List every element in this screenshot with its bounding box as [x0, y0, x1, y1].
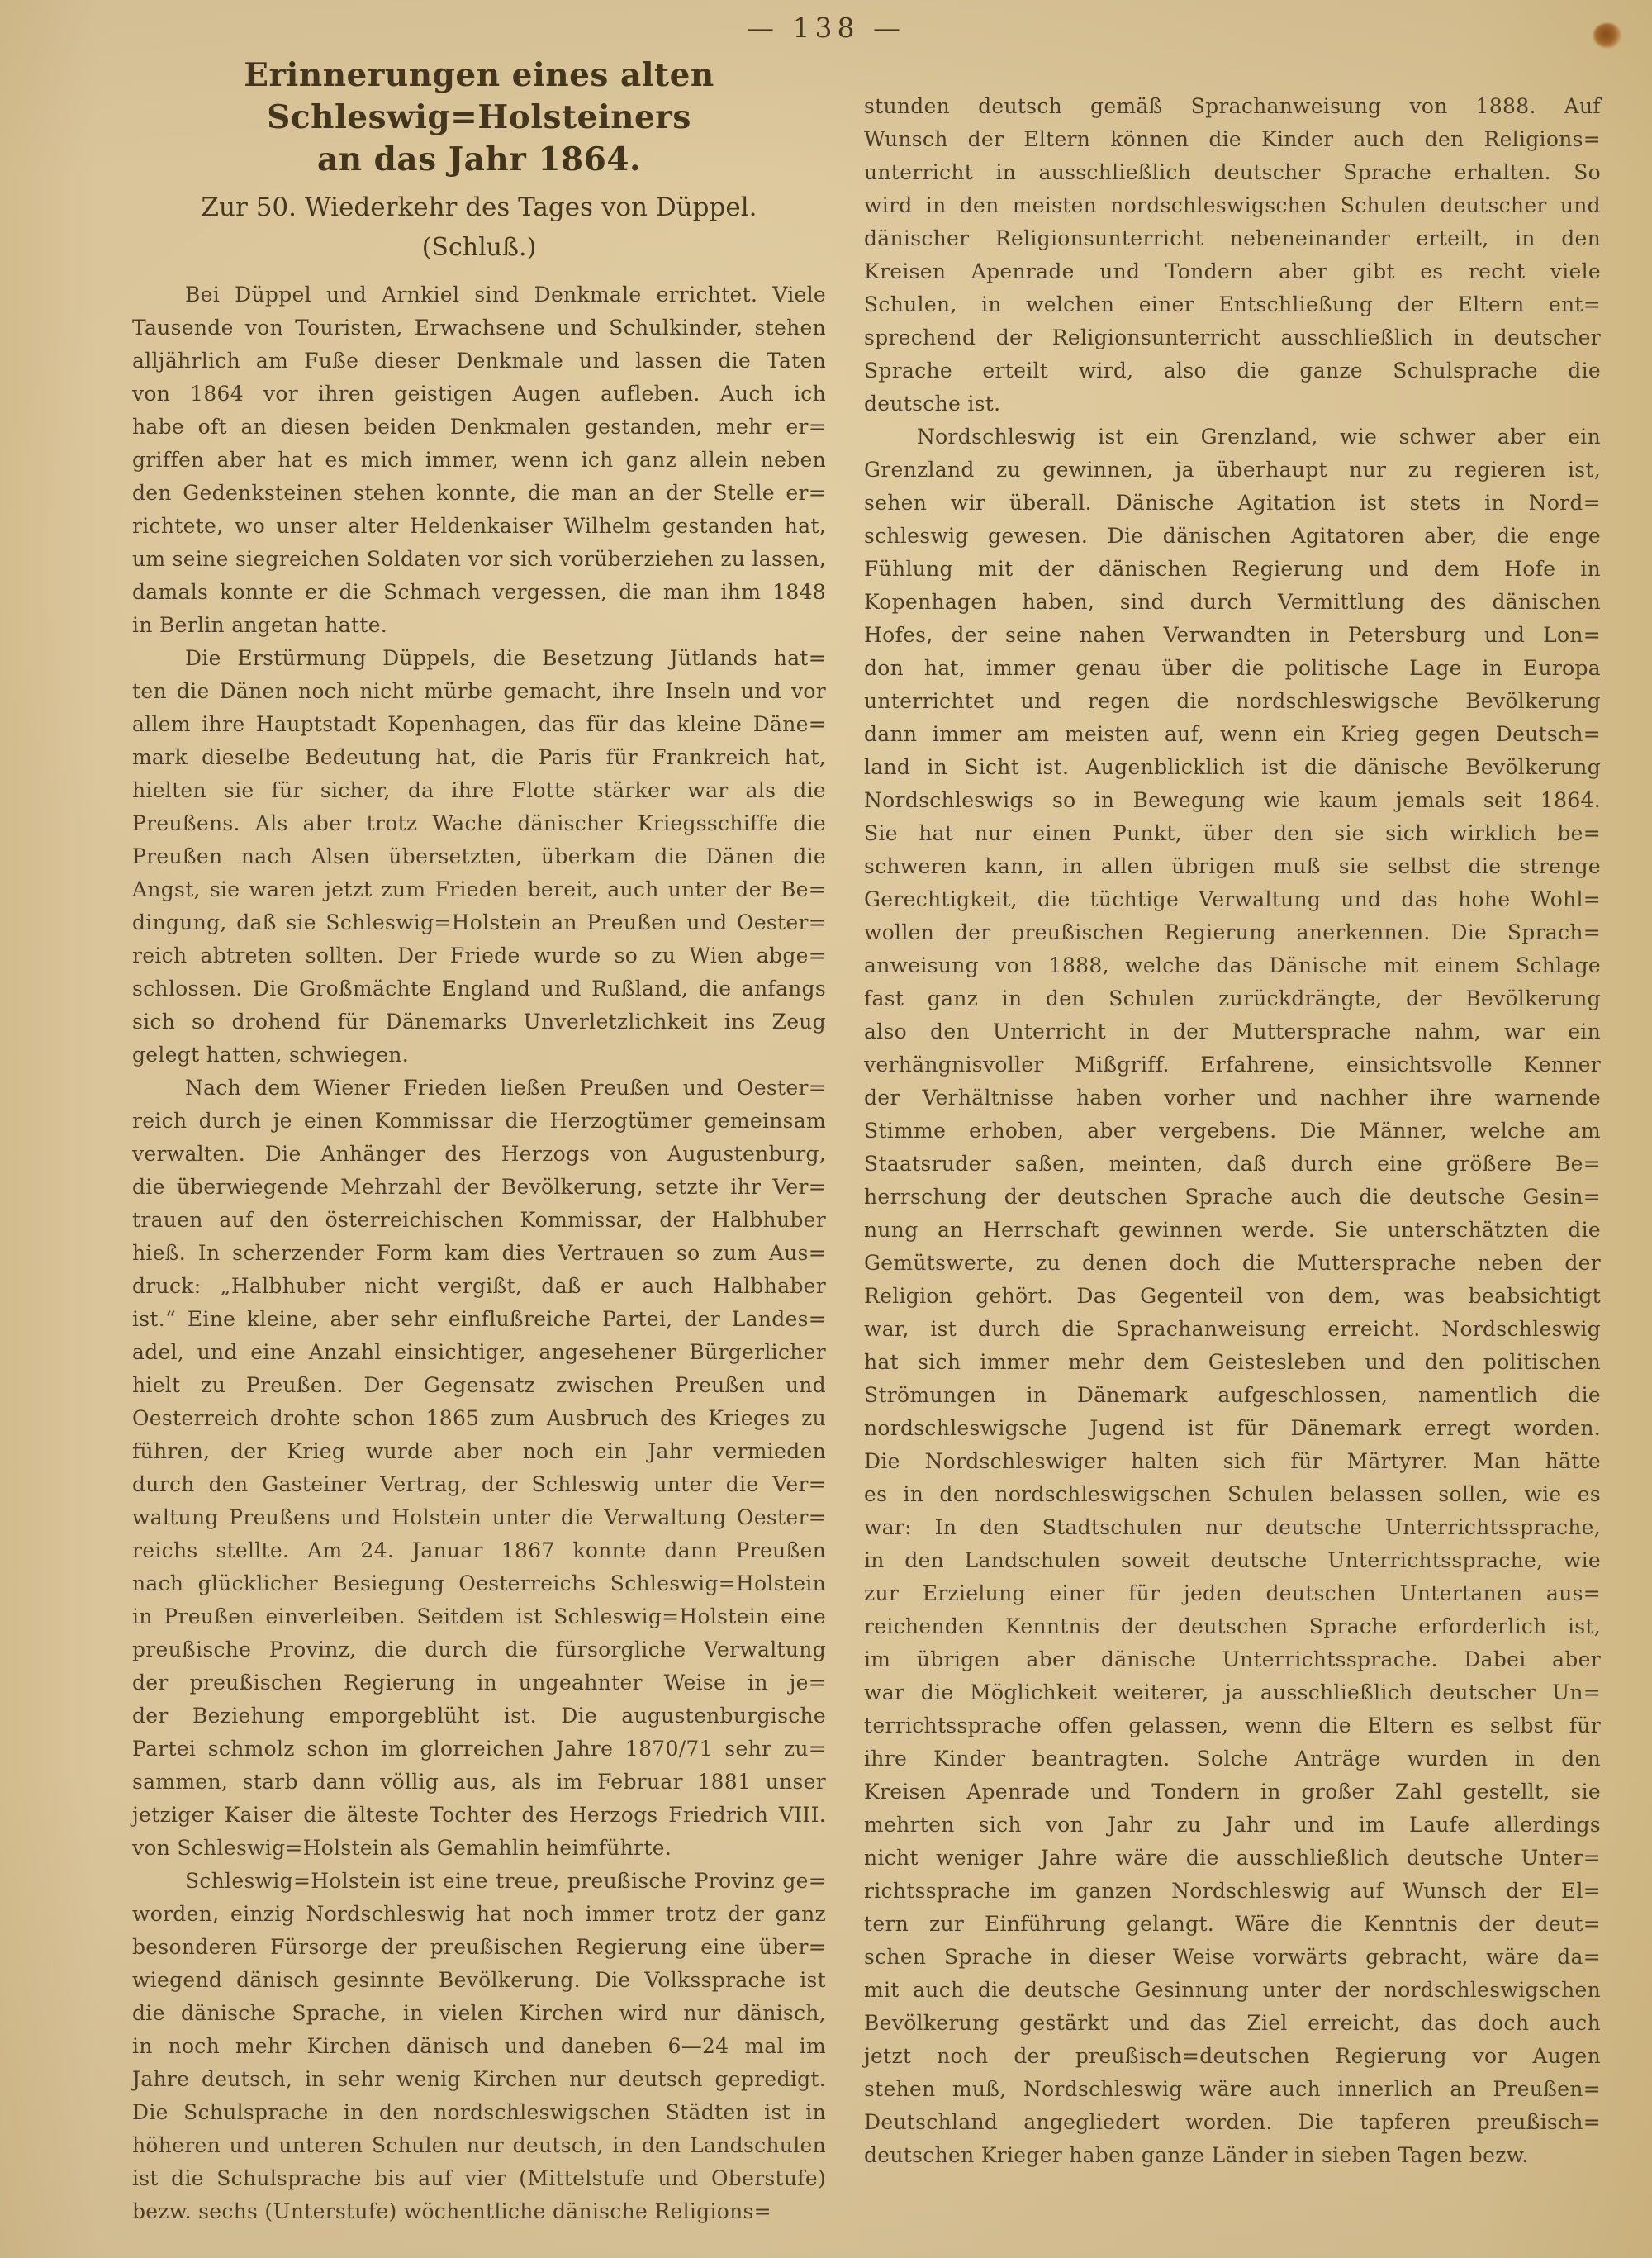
article-subtitle: Zur 50. Wiederkehr des Tages von Düppel.	[132, 190, 826, 226]
text-line: dann immer am meisten auf, wenn ein Krie…	[864, 718, 1601, 751]
text-line: reich durch je einen Kommissar die Herzo…	[132, 1105, 826, 1138]
paragraph: Bei Düppel und Arnkiel sind Denkmale err…	[132, 278, 826, 642]
text-line: mehrten sich von Jahr zu Jahr und im Lau…	[864, 1809, 1601, 1842]
text-line: griffen aber hat es mich immer, wenn ich…	[132, 444, 826, 477]
text-line: Oesterreich drohte schon 1865 zum Ausbru…	[132, 1402, 826, 1435]
text-line: zur Erzielung einer für jeden deutschen …	[864, 1577, 1601, 1610]
article-title-line-1: Erinnerungen eines alten Schleswig=Holst…	[244, 56, 714, 136]
text-line: hat sich immer mehr dem Geistesleben und…	[864, 1346, 1601, 1379]
text-line: von Schleswig=Holstein als Gemahlin heim…	[132, 1832, 826, 1865]
column-right-body: stunden deutsch gemäß Sprachanweisung vo…	[864, 90, 1601, 2172]
text-line: schweren kann, in allen übrigen muß sie …	[864, 850, 1601, 883]
page-number: — 138 —	[0, 12, 1652, 44]
text-line: reichs stellte. Am 24. Januar 1867 konnt…	[132, 1534, 826, 1567]
text-line: Angst, sie waren jetzt zum Frieden berei…	[132, 873, 826, 906]
column-left-body: Bei Düppel und Arnkiel sind Denkmale err…	[132, 278, 826, 2228]
text-line: unterricht in ausschließlich deutscher S…	[864, 156, 1601, 189]
text-line: mark dieselbe Bedeutung hat, die Paris f…	[132, 741, 826, 774]
article-part-note: (Schluß.)	[132, 231, 826, 264]
text-line: druck: „Halbhuber nicht vergißt, daß er …	[132, 1270, 826, 1303]
text-line: terrichtssprache offen gelassen, wenn di…	[864, 1709, 1601, 1742]
text-line: reich abtreten sollten. Der Friede wurde…	[132, 939, 826, 972]
text-line: deutsche ist.	[864, 387, 1601, 421]
text-line: der Beziehung emporgeblüht ist. Die augu…	[132, 1699, 826, 1733]
text-line: dänischer Religionsunterricht nebeneinan…	[864, 222, 1601, 255]
text-line: stehen muß, Nordschleswig wäre auch inne…	[864, 2073, 1601, 2106]
text-line: Bevölkerung gestärkt und das Ziel erreic…	[864, 2007, 1601, 2040]
text-line: tern zur Einführung gelangt. Wäre die Ke…	[864, 1908, 1601, 1941]
text-line: Wunsch der Eltern können die Kinder auch…	[864, 123, 1601, 156]
text-line: adel, und eine Anzahl einsichtiger, ange…	[132, 1336, 826, 1369]
text-line: richtssprache im ganzen Nordschleswig au…	[864, 1875, 1601, 1908]
text-line: höheren und unteren Schulen nur deutsch,…	[132, 2129, 826, 2162]
text-line: land in Sicht ist. Augenblicklich ist di…	[864, 751, 1601, 784]
text-line: Jahre deutsch, in sehr wenig Kirchen nur…	[132, 2063, 826, 2096]
text-line: damals konnte er die Schmach vergessen, …	[132, 576, 826, 609]
text-line: wollen der preußischen Regierung anerken…	[864, 916, 1601, 949]
text-line: Sie hat nur einen Punkt, über den sie si…	[864, 817, 1601, 850]
text-line: also den Unterricht in der Muttersprache…	[864, 1015, 1601, 1048]
text-line: Nach dem Wiener Frieden ließen Preußen u…	[132, 1072, 826, 1105]
text-line: mit auch die deutsche Gesinnung unter de…	[864, 1974, 1601, 2007]
text-line: durch den Gasteiner Vertrag, der Schlesw…	[132, 1468, 826, 1501]
text-line: habe oft an diesen beiden Denkmalen gest…	[132, 411, 826, 444]
text-line: die überwiegende Mehrzahl der Bevölkerun…	[132, 1171, 826, 1204]
text-line: schleswig gewesen. Die dänischen Agitato…	[864, 520, 1601, 553]
text-line: in den Landschulen soweit deutsche Unter…	[864, 1544, 1601, 1577]
text-line: führen, der Krieg wurde aber noch ein Ja…	[132, 1435, 826, 1468]
text-line: Kreisen Apenrade und Tondern in großer Z…	[864, 1776, 1601, 1809]
text-line: in noch mehr Kirchen dänisch und daneben…	[132, 2030, 826, 2063]
text-line: unterrichtet und regen die nordschleswig…	[864, 685, 1601, 718]
text-line: jetzt noch der preußisch=deutschen Regie…	[864, 2040, 1601, 2073]
text-line: dingung, daß sie Schleswig=Holstein an P…	[132, 906, 826, 939]
text-line: Gemütswerte, zu denen doch die Mutterspr…	[864, 1247, 1601, 1280]
text-line: Die Erstürmung Düppels, die Besetzung Jü…	[132, 642, 826, 675]
text-line: ihre Kinder beantragten. Solche Anträge …	[864, 1742, 1601, 1776]
text-line: Die Nordschleswiger halten sich für Märt…	[864, 1445, 1601, 1478]
article-title-line-2: an das Jahr 1864.	[317, 140, 641, 178]
ink-stain-mark	[1593, 23, 1621, 48]
text-line: in Preußen einverleiben. Seitdem ist Sch…	[132, 1600, 826, 1633]
text-line: waltung Preußens und Holstein unter die …	[132, 1501, 826, 1534]
text-line: Kopenhagen haben, sind durch Vermittlung…	[864, 586, 1601, 619]
text-line: es in den nordschleswigschen Schulen bel…	[864, 1478, 1601, 1511]
text-line: die dänische Sprache, in vielen Kirchen …	[132, 1997, 826, 2030]
text-line: Sprache erteilt wird, also die ganze Sch…	[864, 354, 1601, 387]
text-line: nung an Herrschaft gewinnen werde. Sie u…	[864, 1214, 1601, 1247]
text-line: ist die Schulsprache bis auf vier (Mitte…	[132, 2162, 826, 2195]
text-line: Preußen nach Alsen übersetzten, überkam …	[132, 840, 826, 873]
text-line: war die Möglichkeit weiterer, ja ausschl…	[864, 1676, 1601, 1709]
text-line: fast ganz in den Schulen zurückdrängte, …	[864, 982, 1601, 1015]
text-line: wiegend dänisch gesinnte Bevölkerung. Di…	[132, 1964, 826, 1997]
text-line: den Gedenksteinen stehen konnte, die man…	[132, 477, 826, 510]
paragraph: stunden deutsch gemäß Sprachanweisung vo…	[864, 90, 1601, 421]
text-line: jetziger Kaiser die älteste Tochter des …	[132, 1799, 826, 1832]
text-line: ist.“ Eine kleine, aber sehr einflußreic…	[132, 1303, 826, 1336]
column-right: stunden deutsch gemäß Sprachanweisung vo…	[864, 76, 1601, 2172]
article-title: Erinnerungen eines alten Schleswig=Holst…	[132, 55, 826, 181]
text-line: um seine siegreichen Soldaten vor sich v…	[132, 543, 826, 576]
text-line: der Verhältnisse haben vorher und nachhe…	[864, 1081, 1601, 1115]
text-line: ten die Dänen noch nicht mürbe gemacht, …	[132, 675, 826, 708]
text-line: Fühlung mit der dänischen Regierung und …	[864, 553, 1601, 586]
text-line: nicht weniger Jahre wäre die ausschließl…	[864, 1842, 1601, 1875]
text-line: nach glücklicher Besiegung Oesterreichs …	[132, 1567, 826, 1600]
text-line: Schleswig=Holstein ist eine treue, preuß…	[132, 1865, 826, 1898]
text-line: Nordschleswig ist ein Grenzland, wie sch…	[864, 421, 1601, 454]
text-line: war: In den Stadtschulen nur deutsche Un…	[864, 1511, 1601, 1544]
text-line: von 1864 vor ihren geistigen Augen aufle…	[132, 378, 826, 411]
text-line: Deutschland angegliedert worden. Die tap…	[864, 2106, 1601, 2139]
text-line: trauen auf den österreichischen Kommissa…	[132, 1204, 826, 1237]
text-line: gelegt hatten, schwiegen.	[132, 1039, 826, 1072]
paragraph: Schleswig=Holstein ist eine treue, preuß…	[132, 1865, 826, 2228]
text-line: Hofes, der seine nahen Verwandten in Pet…	[864, 619, 1601, 652]
text-line: Preußens. Als aber trotz Wache dänischer…	[132, 807, 826, 840]
text-line: sehen wir überall. Dänische Agitation is…	[864, 487, 1601, 520]
text-line: hielten sie für sicher, da ihre Flotte s…	[132, 774, 826, 807]
text-line: hieß. In scherzender Form kam dies Vertr…	[132, 1237, 826, 1270]
text-line: Stimme erhoben, aber vergebens. Die Männ…	[864, 1115, 1601, 1148]
text-line: Bei Düppel und Arnkiel sind Denkmale err…	[132, 278, 826, 311]
text-line: Gerechtigkeit, die tüchtige Verwaltung u…	[864, 883, 1601, 916]
text-line: in Berlin angetan hatte.	[132, 609, 826, 642]
text-line: wird in den meisten nordschleswigschen S…	[864, 189, 1601, 222]
text-line: reichenden Kenntnis der deutschen Sprach…	[864, 1610, 1601, 1643]
text-line: verwalten. Die Anhänger des Herzogs von …	[132, 1138, 826, 1171]
text-line: preußische Provinz, die durch die fürsor…	[132, 1633, 826, 1666]
text-line: Strömungen in Dänemark aufgeschlossen, n…	[864, 1379, 1601, 1412]
text-line: bezw. sechs (Unterstufe) wöchentliche dä…	[132, 2195, 826, 2228]
text-line: stunden deutsch gemäß Sprachanweisung vo…	[864, 90, 1601, 123]
text-line: besonderen Fürsorge der preußischen Regi…	[132, 1931, 826, 1964]
text-line: allem ihre Hauptstadt Kopenhagen, das fü…	[132, 708, 826, 741]
text-line: Staatsruder saßen, meinten, daß durch ei…	[864, 1148, 1601, 1181]
text-line: nordschleswigsche Jugend ist für Dänemar…	[864, 1412, 1601, 1445]
paragraph: Nach dem Wiener Frieden ließen Preußen u…	[132, 1072, 826, 1865]
text-line: Partei schmolz schon im glorreichen Jahr…	[132, 1733, 826, 1766]
paragraph: Die Erstürmung Düppels, die Besetzung Jü…	[132, 642, 826, 1072]
text-line: Nordschleswigs so in Bewegung wie kaum j…	[864, 784, 1601, 817]
text-line: Religion gehört. Das Gegenteil von dem, …	[864, 1280, 1601, 1313]
text-line: Schulen, in welchen einer Entschließung …	[864, 288, 1601, 321]
text-line: sich so drohend für Dänemarks Unverletzl…	[132, 1005, 826, 1039]
text-line: alljährlich am Fuße dieser Denkmale und …	[132, 345, 826, 378]
text-line: der preußischen Regierung in ungeahnter …	[132, 1666, 826, 1699]
text-line: sammen, starb dann völlig aus, als im Fe…	[132, 1766, 826, 1799]
text-line: don hat, immer genau über die politische…	[864, 652, 1601, 685]
text-line: Die Schulsprache in den nordschleswigsch…	[132, 2096, 826, 2129]
document-page: — 138 — Erinnerungen eines alten Schlesw…	[0, 0, 1652, 2258]
text-line: im übrigen aber dänische Unterrichtsspra…	[864, 1643, 1601, 1676]
text-line: herrschung der deutschen Sprache auch di…	[864, 1181, 1601, 1214]
text-line: Grenzland zu gewinnen, ja überhaupt nur …	[864, 454, 1601, 487]
text-line: hielt zu Preußen. Der Gegensatz zwischen…	[132, 1369, 826, 1402]
text-line: deutschen Krieger haben ganze Länder in …	[864, 2139, 1601, 2172]
column-left: Erinnerungen eines alten Schleswig=Holst…	[132, 46, 826, 2228]
text-line: Kreisen Apenrade und Tondern aber gibt e…	[864, 255, 1601, 288]
text-line: anweisung von 1888, welche das Dänische …	[864, 949, 1601, 982]
text-line: verhängnisvoller Mißgriff. Erfahrene, ei…	[864, 1048, 1601, 1081]
text-line: worden, einzig Nordschleswig hat noch im…	[132, 1898, 826, 1931]
text-line: schen Sprache in dieser Weise vorwärts g…	[864, 1941, 1601, 1974]
text-line: sprechend der Religionsunterricht aussch…	[864, 321, 1601, 354]
text-line: Tausende von Touristen, Erwachsene und S…	[132, 311, 826, 345]
paragraph: Nordschleswig ist ein Grenzland, wie sch…	[864, 421, 1601, 2172]
text-line: richtete, wo unser alter Heldenkaiser Wi…	[132, 510, 826, 543]
text-line: schlossen. Die Großmächte England und Ru…	[132, 972, 826, 1005]
text-line: war, ist durch die Sprachanweisung errei…	[864, 1313, 1601, 1346]
